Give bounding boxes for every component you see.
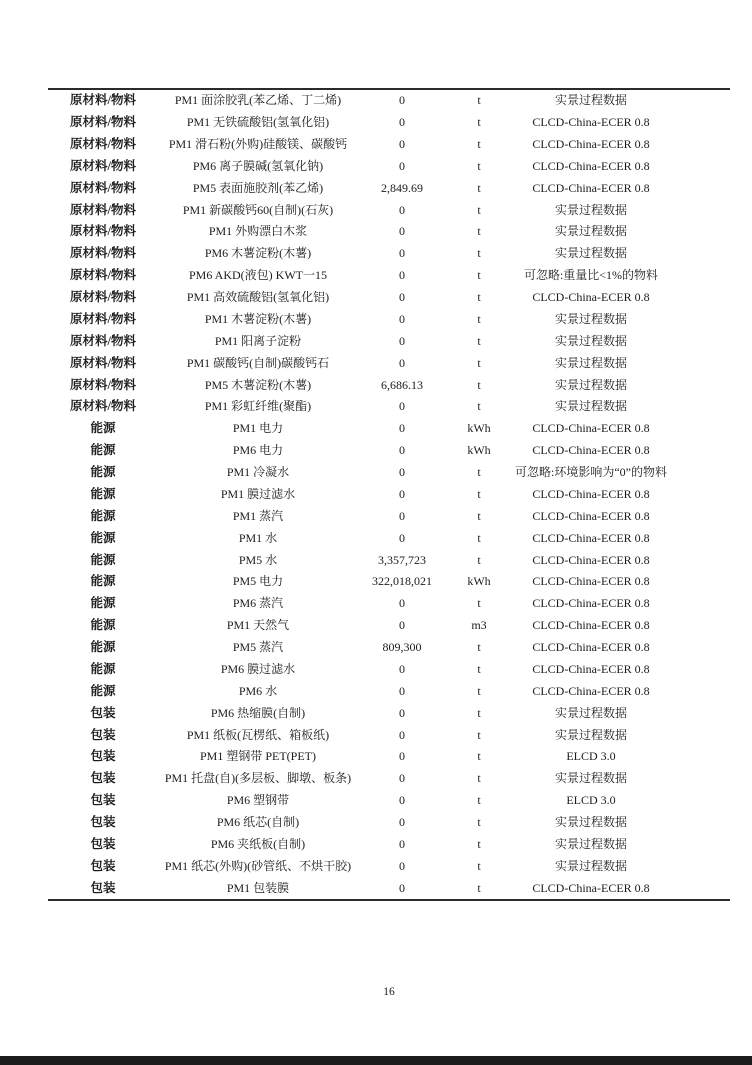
cell-item: PM6 膜过滤水: [158, 659, 358, 681]
cell-item: PM1 阳离子淀粉: [158, 331, 358, 353]
cell-category: 包装: [48, 790, 158, 812]
table-row: 原材料/物料PM1 高效硫酸铝(氢氧化铝)0tCLCD-China-ECER 0…: [48, 287, 730, 309]
cell-category: 原材料/物料: [48, 178, 158, 200]
cell-source: 实景过程数据: [512, 90, 670, 112]
cell-value: 0: [358, 768, 446, 790]
cell-item: PM5 表面施胶剂(苯乙烯): [158, 178, 358, 200]
cell-item: PM1 托盘(自)(多层板、脚墩、板条): [158, 768, 358, 790]
cell-item: PM1 滑石粉(外购)硅酸镁、碳酸钙: [158, 134, 358, 156]
cell-category: 能源: [48, 549, 158, 571]
table-row: 原材料/物料PM1 碳酸钙(自制)碳酸钙石0t实景过程数据: [48, 353, 730, 375]
cell-item: PM6 夹纸板(自制): [158, 834, 358, 856]
table-row: 能源PM5 水3,357,723tCLCD-China-ECER 0.8: [48, 549, 730, 571]
cell-value: 0: [358, 396, 446, 418]
cell-unit: t: [446, 549, 512, 571]
cell-source: 实景过程数据: [512, 221, 670, 243]
cell-value: 0: [358, 878, 446, 900]
cell-unit: t: [446, 834, 512, 856]
table-row: 能源PM6 水0tCLCD-China-ECER 0.8: [48, 681, 730, 703]
cell-source: 实景过程数据: [512, 834, 670, 856]
cell-value: 0: [358, 287, 446, 309]
cell-source: CLCD-China-ECER 0.8: [512, 418, 670, 440]
cell-value: 0: [358, 440, 446, 462]
cell-category: 原材料/物料: [48, 243, 158, 265]
cell-item: PM1 纸板(瓦楞纸、箱板纸): [158, 724, 358, 746]
cell-category: 包装: [48, 834, 158, 856]
cell-unit: t: [446, 484, 512, 506]
cell-unit: t: [446, 856, 512, 878]
cell-category: 原材料/物料: [48, 90, 158, 112]
table-row: 包装PM1 塑钢带 PET(PET)0tELCD 3.0: [48, 746, 730, 768]
inventory-table: 原材料/物料PM1 面涂胶乳(苯乙烯、丁二烯)0t实景过程数据原材料/物料PM1…: [48, 88, 730, 901]
table-row: 能源PM1 蒸汽0tCLCD-China-ECER 0.8: [48, 506, 730, 528]
cell-unit: t: [446, 637, 512, 659]
cell-source: 可忽略:重量比<1%的物料: [512, 265, 670, 287]
cell-unit: t: [446, 396, 512, 418]
cell-item: PM5 水: [158, 549, 358, 571]
table-row: 能源PM6 蒸汽0tCLCD-China-ECER 0.8: [48, 593, 730, 615]
cell-source: 实景过程数据: [512, 856, 670, 878]
table-row: 原材料/物料PM1 滑石粉(外购)硅酸镁、碳酸钙0tCLCD-China-ECE…: [48, 134, 730, 156]
cell-item: PM1 新碳酸钙60(自制)(石灰): [158, 199, 358, 221]
table-row: 能源PM5 蒸汽809,300tCLCD-China-ECER 0.8: [48, 637, 730, 659]
page-number: 16: [48, 986, 730, 998]
cell-item: PM6 木薯淀粉(木薯): [158, 243, 358, 265]
table-row: 包装PM6 纸芯(自制)0t实景过程数据: [48, 812, 730, 834]
cell-value: 0: [358, 724, 446, 746]
cell-value: 0: [358, 484, 446, 506]
cell-source: 可忽略:环境影响为“0”的物料: [512, 462, 670, 484]
cell-value: 0: [358, 681, 446, 703]
cell-category: 原材料/物料: [48, 156, 158, 178]
cell-item: PM6 AKD(液包) KWT一15: [158, 265, 358, 287]
cell-unit: t: [446, 703, 512, 725]
cell-value: 0: [358, 528, 446, 550]
cell-value: 0: [358, 156, 446, 178]
cell-category: 能源: [48, 571, 158, 593]
cell-category: 原材料/物料: [48, 265, 158, 287]
table-row: 原材料/物料PM1 面涂胶乳(苯乙烯、丁二烯)0t实景过程数据: [48, 90, 730, 112]
cell-value: 0: [358, 506, 446, 528]
cell-unit: t: [446, 593, 512, 615]
table-row: 包装PM1 纸芯(外购)(砂管纸、不烘干胶)0t实景过程数据: [48, 856, 730, 878]
cell-value: 0: [358, 615, 446, 637]
cell-item: PM1 膜过滤水: [158, 484, 358, 506]
cell-value: 0: [358, 134, 446, 156]
cell-value: 0: [358, 856, 446, 878]
cell-unit: t: [446, 374, 512, 396]
cell-value: 0: [358, 90, 446, 112]
cell-item: PM1 天然气: [158, 615, 358, 637]
cell-unit: t: [446, 112, 512, 134]
cell-category: 原材料/物料: [48, 374, 158, 396]
cell-unit: t: [446, 287, 512, 309]
cell-item: PM1 无铁硫酸铝(氢氧化铝): [158, 112, 358, 134]
cell-category: 能源: [48, 528, 158, 550]
cell-value: 0: [358, 243, 446, 265]
cell-category: 包装: [48, 856, 158, 878]
cell-category: 能源: [48, 418, 158, 440]
cell-category: 原材料/物料: [48, 309, 158, 331]
table-row: 原材料/物料PM5 表面施胶剂(苯乙烯)2,849.69tCLCD-China-…: [48, 178, 730, 200]
cell-item: PM1 水: [158, 528, 358, 550]
cell-source: 实景过程数据: [512, 724, 670, 746]
table-row: 原材料/物料PM1 木薯淀粉(木薯)0t实景过程数据: [48, 309, 730, 331]
cell-item: PM1 冷凝水: [158, 462, 358, 484]
cell-value: 0: [358, 265, 446, 287]
cell-source: 实景过程数据: [512, 768, 670, 790]
table-row: 原材料/物料PM1 外购漂白木浆0t实景过程数据: [48, 221, 730, 243]
cell-unit: t: [446, 659, 512, 681]
cell-category: 能源: [48, 637, 158, 659]
cell-source: CLCD-China-ECER 0.8: [512, 637, 670, 659]
table-row: 原材料/物料PM1 彩虹纤维(聚酯)0t实景过程数据: [48, 396, 730, 418]
table-row: 能源PM1 水0tCLCD-China-ECER 0.8: [48, 528, 730, 550]
cell-unit: t: [446, 878, 512, 900]
cell-category: 能源: [48, 615, 158, 637]
cell-unit: kWh: [446, 571, 512, 593]
cell-item: PM5 电力: [158, 571, 358, 593]
table-row: 原材料/物料PM1 阳离子淀粉0t实景过程数据: [48, 331, 730, 353]
cell-unit: t: [446, 309, 512, 331]
cell-source: 实景过程数据: [512, 243, 670, 265]
cell-category: 能源: [48, 659, 158, 681]
table-row: 能源PM1 电力0kWhCLCD-China-ECER 0.8: [48, 418, 730, 440]
cell-value: 0: [358, 199, 446, 221]
cell-source: CLCD-China-ECER 0.8: [512, 112, 670, 134]
cell-value: 0: [358, 331, 446, 353]
cell-unit: t: [446, 812, 512, 834]
cell-item: PM1 电力: [158, 418, 358, 440]
cell-source: CLCD-China-ECER 0.8: [512, 440, 670, 462]
cell-item: PM1 蒸汽: [158, 506, 358, 528]
cell-item: PM6 水: [158, 681, 358, 703]
cell-category: 包装: [48, 768, 158, 790]
cell-item: PM1 塑钢带 PET(PET): [158, 746, 358, 768]
cell-unit: t: [446, 681, 512, 703]
cell-unit: t: [446, 90, 512, 112]
cell-item: PM1 木薯淀粉(木薯): [158, 309, 358, 331]
cell-category: 包装: [48, 878, 158, 900]
table-row: 原材料/物料PM1 新碳酸钙60(自制)(石灰)0t实景过程数据: [48, 199, 730, 221]
cell-source: CLCD-China-ECER 0.8: [512, 659, 670, 681]
cell-value: 0: [358, 221, 446, 243]
cell-source: CLCD-China-ECER 0.8: [512, 593, 670, 615]
cell-value: 0: [358, 593, 446, 615]
cell-category: 能源: [48, 681, 158, 703]
cell-value: 0: [358, 812, 446, 834]
table-row: 原材料/物料PM5 木薯淀粉(木薯)6,686.13t实景过程数据: [48, 374, 730, 396]
cell-value: 0: [358, 462, 446, 484]
cell-category: 原材料/物料: [48, 353, 158, 375]
cell-item: PM6 纸芯(自制): [158, 812, 358, 834]
cell-value: 0: [358, 353, 446, 375]
cell-unit: t: [446, 506, 512, 528]
table-row: 能源PM6 膜过滤水0tCLCD-China-ECER 0.8: [48, 659, 730, 681]
cell-category: 包装: [48, 724, 158, 746]
cell-unit: t: [446, 178, 512, 200]
cell-category: 原材料/物料: [48, 134, 158, 156]
cell-source: CLCD-China-ECER 0.8: [512, 549, 670, 571]
table-row: 能源PM6 电力0kWhCLCD-China-ECER 0.8: [48, 440, 730, 462]
table-row: 能源PM5 电力322,018,021kWhCLCD-China-ECER 0.…: [48, 571, 730, 593]
cell-unit: t: [446, 462, 512, 484]
cell-item: PM1 面涂胶乳(苯乙烯、丁二烯): [158, 90, 358, 112]
cell-value: 0: [358, 703, 446, 725]
cell-item: PM6 电力: [158, 440, 358, 462]
table-row: 能源PM1 膜过滤水0tCLCD-China-ECER 0.8: [48, 484, 730, 506]
cell-unit: t: [446, 265, 512, 287]
cell-value: 2,849.69: [358, 178, 446, 200]
cell-category: 能源: [48, 484, 158, 506]
cell-value: 809,300: [358, 637, 446, 659]
cell-value: 6,686.13: [358, 374, 446, 396]
cell-source: 实景过程数据: [512, 353, 670, 375]
cell-source: 实景过程数据: [512, 309, 670, 331]
cell-category: 原材料/物料: [48, 287, 158, 309]
cell-value: 0: [358, 418, 446, 440]
document-page: 原材料/物料PM1 面涂胶乳(苯乙烯、丁二烯)0t实景过程数据原材料/物料PM1…: [0, 0, 752, 1065]
cell-source: CLCD-China-ECER 0.8: [512, 134, 670, 156]
cell-source: CLCD-China-ECER 0.8: [512, 287, 670, 309]
table-row: 原材料/物料PM6 木薯淀粉(木薯)0t实景过程数据: [48, 243, 730, 265]
cell-item: PM6 离子膜碱(氢氧化钠): [158, 156, 358, 178]
table-row: 包装PM1 纸板(瓦楞纸、箱板纸)0t实景过程数据: [48, 724, 730, 746]
cell-unit: m3: [446, 615, 512, 637]
cell-unit: t: [446, 746, 512, 768]
cell-unit: t: [446, 724, 512, 746]
table-row: 能源PM1 冷凝水0t可忽略:环境影响为“0”的物料: [48, 462, 730, 484]
cell-source: CLCD-China-ECER 0.8: [512, 528, 670, 550]
cell-source: 实景过程数据: [512, 331, 670, 353]
cell-value: 0: [358, 112, 446, 134]
cell-unit: t: [446, 353, 512, 375]
cell-item: PM1 包装膜: [158, 878, 358, 900]
cell-unit: t: [446, 528, 512, 550]
cell-category: 原材料/物料: [48, 331, 158, 353]
cell-source: CLCD-China-ECER 0.8: [512, 571, 670, 593]
cell-unit: t: [446, 331, 512, 353]
cell-item: PM6 蒸汽: [158, 593, 358, 615]
cell-category: 能源: [48, 462, 158, 484]
cell-unit: kWh: [446, 440, 512, 462]
cell-value: 0: [358, 834, 446, 856]
cell-source: CLCD-China-ECER 0.8: [512, 178, 670, 200]
cell-source: CLCD-China-ECER 0.8: [512, 878, 670, 900]
cell-source: ELCD 3.0: [512, 746, 670, 768]
cell-category: 包装: [48, 746, 158, 768]
cell-value: 0: [358, 309, 446, 331]
cell-value: 322,018,021: [358, 571, 446, 593]
cell-source: CLCD-China-ECER 0.8: [512, 484, 670, 506]
table-row: 原材料/物料PM1 无铁硫酸铝(氢氧化铝)0tCLCD-China-ECER 0…: [48, 112, 730, 134]
table-row: 原材料/物料PM6 AKD(液包) KWT一150t可忽略:重量比<1%的物料: [48, 265, 730, 287]
cell-category: 原材料/物料: [48, 396, 158, 418]
cell-item: PM5 木薯淀粉(木薯): [158, 374, 358, 396]
table-row: 包装PM6 塑钢带0tELCD 3.0: [48, 790, 730, 812]
cell-category: 原材料/物料: [48, 221, 158, 243]
table-row: 原材料/物料PM6 离子膜碱(氢氧化钠)0tCLCD-China-ECER 0.…: [48, 156, 730, 178]
cell-item: PM5 蒸汽: [158, 637, 358, 659]
table-row: 能源PM1 天然气0m3CLCD-China-ECER 0.8: [48, 615, 730, 637]
table-row: 包装PM1 包装膜0tCLCD-China-ECER 0.8: [48, 878, 730, 900]
cell-source: 实景过程数据: [512, 199, 670, 221]
cell-category: 能源: [48, 506, 158, 528]
cell-source: 实景过程数据: [512, 374, 670, 396]
cell-category: 能源: [48, 593, 158, 615]
cell-category: 原材料/物料: [48, 112, 158, 134]
table-row: 包装PM6 热缩膜(自制)0t实景过程数据: [48, 703, 730, 725]
cell-category: 原材料/物料: [48, 199, 158, 221]
cell-item: PM1 高效硫酸铝(氢氧化铝): [158, 287, 358, 309]
cell-unit: t: [446, 221, 512, 243]
cell-unit: t: [446, 156, 512, 178]
cell-value: 0: [358, 790, 446, 812]
cell-source: 实景过程数据: [512, 703, 670, 725]
cell-unit: t: [446, 243, 512, 265]
viewer-bottom-edge: [0, 1056, 752, 1065]
cell-value: 0: [358, 746, 446, 768]
cell-unit: t: [446, 768, 512, 790]
cell-item: PM1 彩虹纤维(聚酯): [158, 396, 358, 418]
cell-source: ELCD 3.0: [512, 790, 670, 812]
cell-value: 0: [358, 659, 446, 681]
cell-item: PM1 碳酸钙(自制)碳酸钙石: [158, 353, 358, 375]
cell-unit: t: [446, 199, 512, 221]
cell-source: CLCD-China-ECER 0.8: [512, 156, 670, 178]
table-row: 包装PM6 夹纸板(自制)0t实景过程数据: [48, 834, 730, 856]
table-row: 包装PM1 托盘(自)(多层板、脚墩、板条)0t实景过程数据: [48, 768, 730, 790]
cell-unit: kWh: [446, 418, 512, 440]
cell-source: 实景过程数据: [512, 812, 670, 834]
cell-unit: t: [446, 134, 512, 156]
cell-source: CLCD-China-ECER 0.8: [512, 615, 670, 637]
cell-source: CLCD-China-ECER 0.8: [512, 681, 670, 703]
cell-value: 3,357,723: [358, 549, 446, 571]
cell-category: 包装: [48, 703, 158, 725]
cell-source: CLCD-China-ECER 0.8: [512, 506, 670, 528]
cell-item: PM6 热缩膜(自制): [158, 703, 358, 725]
cell-item: PM1 纸芯(外购)(砂管纸、不烘干胶): [158, 856, 358, 878]
cell-category: 能源: [48, 440, 158, 462]
cell-item: PM6 塑钢带: [158, 790, 358, 812]
cell-unit: t: [446, 790, 512, 812]
cell-item: PM1 外购漂白木浆: [158, 221, 358, 243]
cell-source: 实景过程数据: [512, 396, 670, 418]
cell-category: 包装: [48, 812, 158, 834]
